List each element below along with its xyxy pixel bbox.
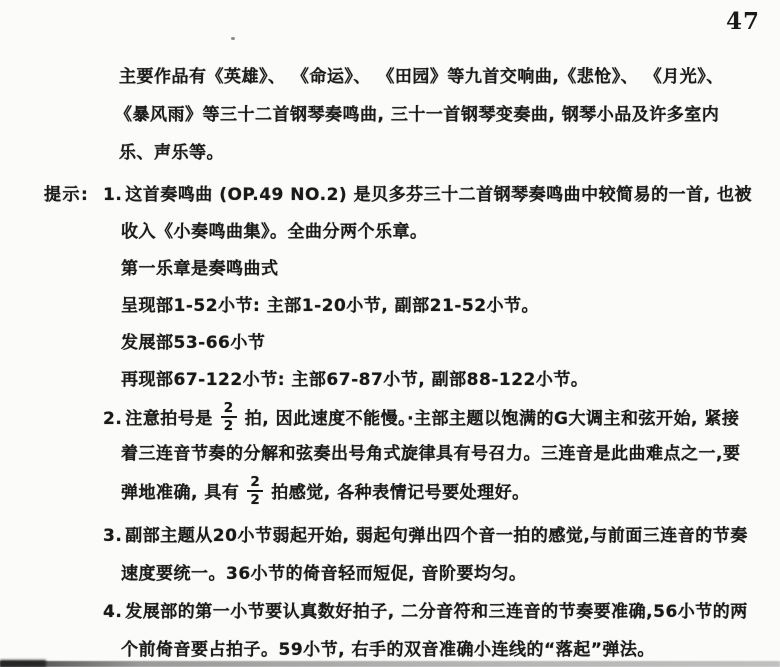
tip-item-2-line-3-pre: 弹地准确, 具有: [121, 483, 239, 504]
scanned-document-page: 47 主要作品有《英雄》、 《命运》、 《田园》等九首交响曲,《悲怆》、 《月光…: [0, 0, 780, 667]
tip-item-2-line-1-pre: 注意拍号是: [125, 409, 213, 430]
tip-item-1-line-6: 再现部67-122小节: 主部67-87小节, 副部88-122小节。: [121, 370, 588, 391]
scan-corner-shadow: [0, 660, 46, 667]
tip-item-2-line-1: 2.注意拍号是22拍, 因此速度不能慢。·主部主题以饱满的G大调主和弦开始, 紧…: [103, 399, 739, 439]
tip-item-3-line-1: 3.副部主题从20小节弱起开始, 弱起句弹出四个音一拍的感觉,与前面三连音的节奏: [103, 526, 748, 547]
tip-item-3-text: 副部主题从20小节弱起开始, 弱起句弹出四个音一拍的感觉,与前面三连音的节奏: [125, 526, 748, 546]
tip-item-4-line-1: 4.发展部的第一小节要认真数好拍子, 二分音符和三连音的节奏要准确,56小节的两: [103, 602, 748, 623]
tip-item-1-line-4: 呈现部1-52小节: 主部1-20小节, 副部21-52小节。: [121, 296, 539, 317]
tip-item-2-number: 2.: [103, 409, 122, 430]
tip-item-1-number: 1.: [103, 185, 122, 206]
tip-item-1-text: 这首奏鸣曲 (OP.49 NO.2) 是贝多芬三十二首钢琴奏鸣曲中较简易的一首,…: [125, 185, 752, 205]
fraction-numerator: 2: [247, 475, 263, 492]
tip-item-1-line-3: 第一乐章是奏鸣曲式: [121, 259, 279, 280]
tip-item-2-line-2: 着三连音节奏的分解和弦奏出号角式旋律具有号召力。三连音是此曲难点之一,要: [121, 444, 740, 465]
time-signature-fraction: 22: [247, 475, 263, 507]
fraction-numerator: 2: [221, 401, 237, 418]
tip-item-4-line-2: 个前倚音要占拍子。59小节, 右手的双音准确小连线的“落起”弹法。: [121, 640, 655, 661]
tip-item-2-line-1-post: 拍, 因此速度不能慢。·主部主题以饱满的G大调主和弦开始, 紧接: [245, 409, 740, 430]
page-number: 47: [726, 8, 760, 35]
intro-line-1: 主要作品有《英雄》、 《命运》、 《田园》等九首交响曲,《悲怆》、 《月光》、: [119, 67, 724, 88]
tip-item-3-number: 3.: [103, 526, 122, 547]
intro-line-2: 《暴风雨》等三十二首钢琴奏鸣曲, 三十一首钢琴变奏曲, 钢琴小品及许多室内: [115, 105, 719, 126]
fraction-denominator: 2: [224, 418, 234, 433]
scan-edge-shadow: [0, 661, 780, 667]
tip-item-4-number: 4.: [103, 602, 122, 623]
tip-item-1-line-2: 收入《小奏鸣曲集》。全曲分两个乐章。: [121, 222, 428, 243]
scan-speck: [231, 37, 235, 40]
tips-label: 提示:: [44, 185, 89, 206]
tip-item-2-line-3: 弹地准确, 具有22拍感觉, 各种表情记号要处理好。: [121, 473, 530, 513]
tip-item-1-line-5: 发展部53-66小节: [121, 333, 265, 354]
tip-item-3-line-2: 速度要统一。36小节的倚音轻而短促, 音阶要均匀。: [121, 564, 527, 585]
time-signature-fraction: 22: [221, 401, 237, 433]
tip-item-1-line-1: 1.这首奏鸣曲 (OP.49 NO.2) 是贝多芬三十二首钢琴奏鸣曲中较简易的一…: [103, 185, 752, 206]
fraction-denominator: 2: [250, 492, 260, 507]
intro-line-3: 乐、声乐等。: [119, 143, 224, 164]
tip-item-4-text: 发展部的第一小节要认真数好拍子, 二分音符和三连音的节奏要准确,56小节的两: [125, 602, 748, 622]
tip-item-2-line-3-post: 拍感觉, 各种表情记号要处理好。: [271, 483, 529, 504]
